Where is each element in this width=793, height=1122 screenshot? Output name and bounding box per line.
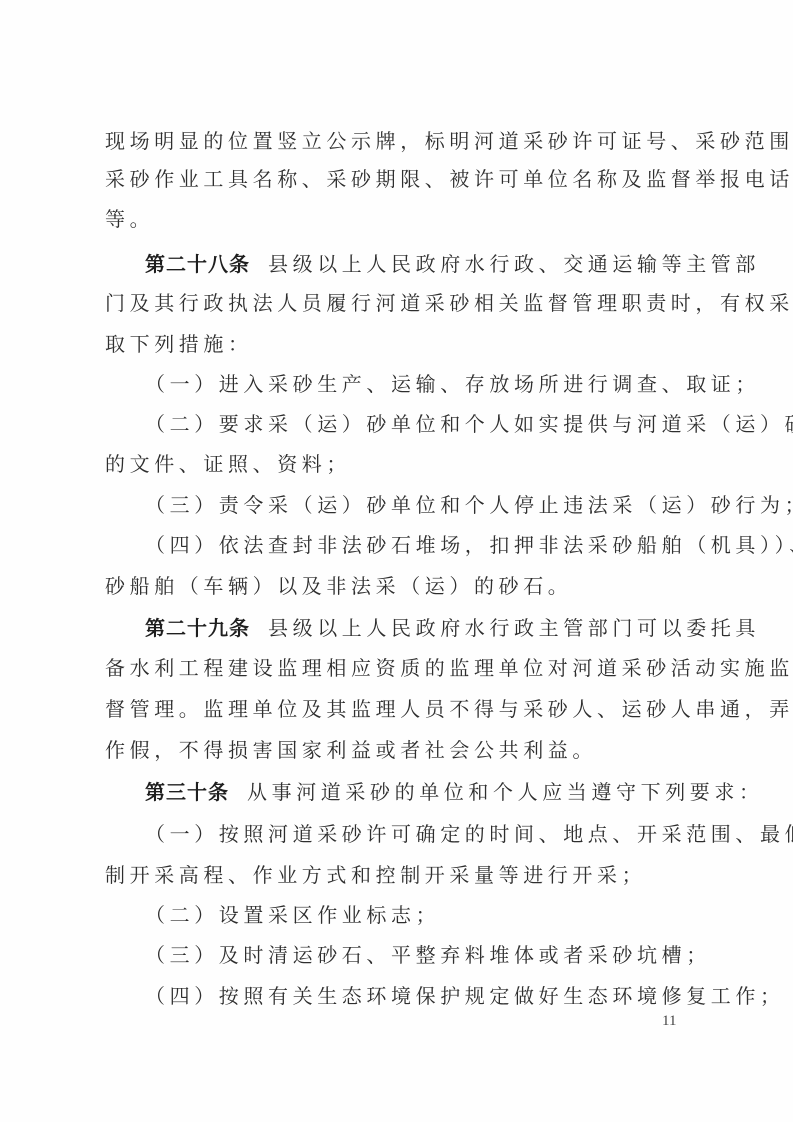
article-heading: 第二十八条 [145,252,250,276]
line-text: 督管理。监理单位及其监理人员不得与采砂人、运砂人串通，弄虚 [105,697,793,721]
line-text: （四）按照有关生态环境保护规定做好生态环境修复工作； [145,984,785,1008]
line-text: （三）责令采（运）砂单位和个人停止违法采（运）砂行为； [145,493,793,517]
line-text: 从事河道采砂的单位和个人应当遵守下列要求： [247,780,764,804]
line-text: （二）设置采区作业标志； [145,903,440,927]
page-number: 11 [662,1013,676,1030]
paragraph-line: 督管理。监理单位及其监理人员不得与采砂人、运砂人串通，弄虚 [105,694,705,724]
line-text: 取下列措施： [105,332,253,356]
paragraph-line: 门及其行政执法人员履行河道采砂相关监督管理职责时，有权采 [105,288,705,318]
line-text: 砂船舶（车辆）以及非法采（运）的砂石。 [105,574,572,598]
list-item-line: （一）进入采砂生产、运输、存放场所进行调查、取证； [145,369,705,399]
line-text: 的文件、证照、资料； [105,452,351,476]
paragraph-line: 取下列措施： [105,329,705,359]
list-item-line: （三）责令采（运）砂单位和个人停止违法采（运）砂行为； [145,490,705,520]
line-text: 县级以上人民政府水行政、交通运输等主管部 [268,252,760,276]
paragraph-line: 等。 [105,204,705,234]
line-text: （一）按照河道采砂许可确定的时间、地点、开采范围、最低控 [145,822,793,846]
list-item-line: （二）要求采（运）砂单位和个人如实提供与河道采（运）砂有关 [145,409,705,439]
list-item-line: （一）按照河道采砂许可确定的时间、地点、开采范围、最低控 [145,819,705,849]
line-text: （一）进入采砂生产、运输、存放场所进行调查、取证； [145,372,760,396]
article-heading: 第三十条 [145,780,229,804]
paragraph-line: 制开采高程、作业方式和控制开采量等进行开采； [105,860,705,890]
line-text: 等。 [105,207,154,231]
line-text: （三）及时清运砂石、平整弃料堆体或者采砂坑槽； [145,943,711,967]
line-text: 作假，不得损害国家利益或者社会公共利益。 [105,738,597,762]
paragraph-line: 作假，不得损害国家利益或者社会公共利益。 [105,735,705,765]
list-item-line: （二）设置采区作业标志； [145,900,705,930]
article-28-line: 第二十八条县级以上人民政府水行政、交通运输等主管部 [145,249,705,279]
line-text: 县级以上人民政府水行政主管部门可以委托具 [268,616,760,640]
article-29-line: 第二十九条县级以上人民政府水行政主管部门可以委托具 [145,613,705,643]
list-item-line: （四）按照有关生态环境保护规定做好生态环境修复工作； [145,981,705,1011]
line-text: （二）要求采（运）砂单位和个人如实提供与河道采（运）砂有关 [145,412,793,436]
line-text: 制开采高程、作业方式和控制开采量等进行开采； [105,863,646,887]
article-30-line: 第三十条从事河道采砂的单位和个人应当遵守下列要求： [145,777,705,807]
line-text: 现场明显的位置竖立公示牌，标明河道采砂许可证号、采砂范围、 [105,129,793,153]
paragraph-line: 备水利工程建设监理相应资质的监理单位对河道采砂活动实施监 [105,653,705,683]
line-text: 采砂作业工具名称、采砂期限、被许可单位名称及监督举报电话 [105,167,793,191]
paragraph-line: 的文件、证照、资料； [105,449,705,479]
paragraph-line: 砂船舶（车辆）以及非法采（运）的砂石。 [105,571,705,601]
article-heading: 第二十九条 [145,616,250,640]
line-text: （四）依法查封非法砂石堆场，扣押非法采砂船舶（机具））、运 [145,533,793,557]
line-text: 门及其行政执法人员履行河道采砂相关监督管理职责时，有权采 [105,291,793,315]
list-item-line: （四）依法查封非法砂石堆场，扣押非法采砂船舶（机具））、运 [145,530,705,560]
line-text: 备水利工程建设监理相应资质的监理单位对河道采砂活动实施监 [105,656,793,680]
list-item-line: （三）及时清运砂石、平整弃料堆体或者采砂坑槽； [145,940,705,970]
document-page: 现场明显的位置竖立公示牌，标明河道采砂许可证号、采砂范围、 采砂作业工具名称、采… [0,0,793,1122]
paragraph-line: 采砂作业工具名称、采砂期限、被许可单位名称及监督举报电话 [105,164,705,194]
paragraph-line: 现场明显的位置竖立公示牌，标明河道采砂许可证号、采砂范围、 [105,126,705,156]
